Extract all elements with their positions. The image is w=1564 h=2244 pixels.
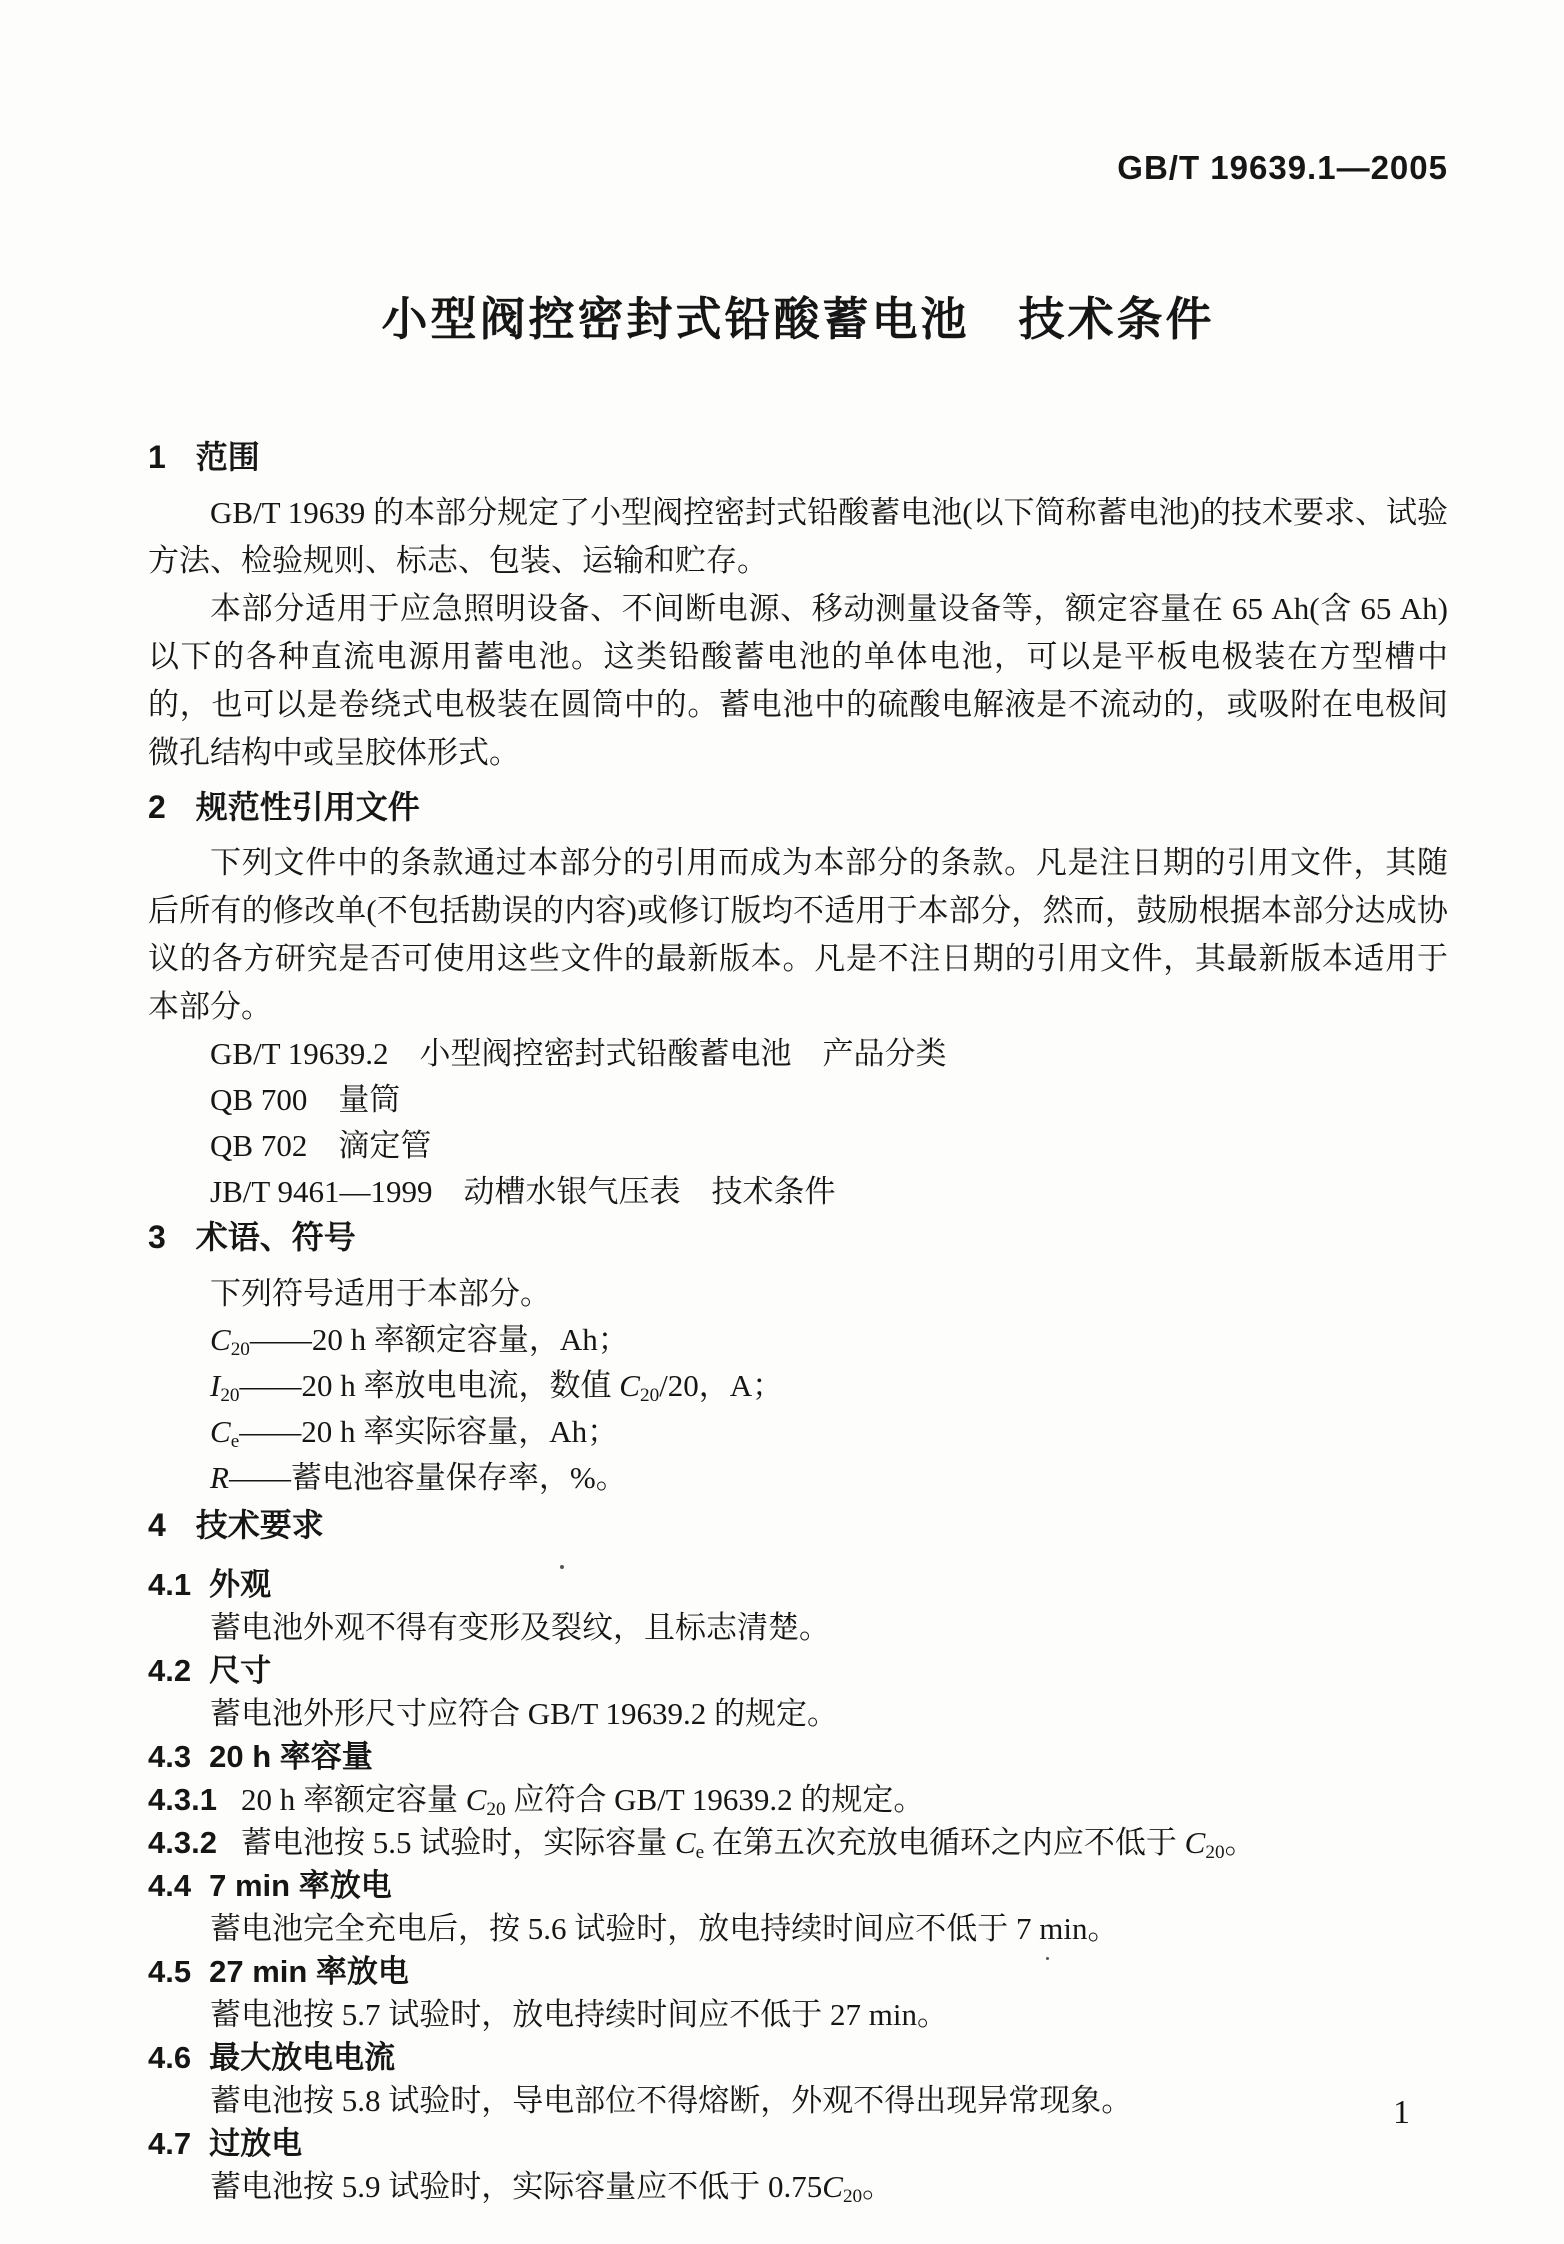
subsection-4-2-heading: 4.2尺寸 (148, 1649, 1448, 1692)
subsection-4-1-text: 蓄电池外观不得有变形及裂纹，且标志清楚。 (148, 1606, 1448, 1649)
section-2-paragraph-1: 下列文件中的条款通过本部分的引用而成为本部分的条款。凡是注日期的引用文件，其随后… (148, 839, 1448, 1031)
subsection-4-5-text: 蓄电池按 5.7 试验时，放电持续时间应不低于 27 min。 (148, 1993, 1448, 2036)
reference-item: QB 700 量筒 (148, 1077, 1448, 1123)
clause-4-3-2: 4.3.2蓄电池按 5.5 试验时，实际容量 Ce 在第五次充放电循环之内应不低… (148, 1821, 1448, 1864)
symbols-intro: 下列符号适用于本部分。 (148, 1271, 1448, 1317)
subsection-4-5-heading: 4.527 min 率放电 (148, 1950, 1448, 1993)
subsection-number: 4.1 (148, 1567, 191, 1602)
subsection-number: 4.6 (148, 2040, 191, 2075)
section-4-items: 4.1外观 蓄电池外观不得有变形及裂纹，且标志清楚。 4.2尺寸 蓄电池外形尺寸… (148, 1563, 1448, 2208)
subsection-4-4-text: 蓄电池完全充电后，按 5.6 试验时，放电持续时间应不低于 7 min。 (148, 1907, 1448, 1950)
subsection-4-3-heading: 4.320 h 率容量 (148, 1735, 1448, 1778)
section-2-heading: 2规范性引用文件 (148, 785, 1448, 829)
section-3-heading: 3术语、符号 (148, 1215, 1448, 1259)
section-number: 2 (148, 789, 166, 825)
reference-item: GB/T 19639.2 小型阀控密封式铅酸蓄电池 产品分类 (148, 1031, 1448, 1077)
reference-item: JB/T 9461—1999 动槽水银气压表 技术条件 (148, 1169, 1448, 1215)
subsection-number: 4.3 (148, 1739, 191, 1774)
scan-speck (1046, 1957, 1049, 1960)
section-title: 规范性引用文件 (196, 789, 420, 825)
subsection-number: 4.7 (148, 2126, 191, 2161)
section-number: 4 (148, 1507, 166, 1543)
subsection-title: 27 min 率放电 (209, 1954, 409, 1989)
document-title: 小型阀控密封式铅酸蓄电池 技术条件 (148, 292, 1448, 347)
section-4-heading: 4技术要求 (148, 1503, 1448, 1547)
section-title: 技术要求 (196, 1507, 324, 1543)
subsection-4-2-text: 蓄电池外形尺寸应符合 GB/T 19639.2 的规定。 (148, 1692, 1448, 1735)
document-page: GB/T 19639.1—2005 小型阀控密封式铅酸蓄电池 技术条件 1范围 … (0, 0, 1564, 2244)
reference-item: QB 702 滴定管 (148, 1123, 1448, 1169)
section-title: 术语、符号 (196, 1219, 356, 1255)
subsection-title: 过放电 (209, 2126, 302, 2161)
section-number: 3 (148, 1219, 166, 1255)
section-title: 范围 (196, 439, 260, 475)
subsection-number: 4.5 (148, 1954, 191, 1989)
clause-text: 20 h 率额定容量 C20 应符合 GB/T 19639.2 的规定。 (241, 1782, 924, 1817)
page-content: GB/T 19639.1—2005 小型阀控密封式铅酸蓄电池 技术条件 1范围 … (148, 0, 1448, 2208)
subsection-4-6-heading: 4.6最大放电电流 (148, 2036, 1448, 2079)
scan-speck (560, 1565, 564, 1569)
section-1-paragraph-2: 本部分适用于应急照明设备、不间断电源、移动测量设备等，额定容量在 65 Ah(含… (148, 585, 1448, 777)
subsection-4-4-heading: 4.47 min 率放电 (148, 1864, 1448, 1907)
symbol-definition: I20——20 h 率放电电流，数值 C20/20，A； (148, 1363, 1448, 1409)
subsection-number: 4.2 (148, 1653, 191, 1688)
clause-4-3-1: 4.3.120 h 率额定容量 C20 应符合 GB/T 19639.2 的规定… (148, 1778, 1448, 1821)
section-1-paragraph-1: GB/T 19639 的本部分规定了小型阀控密封式铅酸蓄电池(以下简称蓄电池)的… (148, 489, 1448, 585)
symbol-definition: R——蓄电池容量保存率，%。 (148, 1455, 1448, 1501)
subsection-title: 20 h 率容量 (209, 1739, 373, 1774)
clause-number: 4.3.2 (148, 1825, 217, 1860)
symbol-definition: Ce——20 h 率实际容量，Ah； (148, 1409, 1448, 1455)
section-number: 1 (148, 439, 166, 475)
subsection-number: 4.4 (148, 1868, 191, 1903)
subsection-title: 最大放电电流 (209, 2040, 395, 2075)
clause-text: 蓄电池按 5.5 试验时，实际容量 Ce 在第五次充放电循环之内应不低于 C20… (241, 1825, 1256, 1860)
subsection-4-7-text: 蓄电池按 5.9 试验时，实际容量应不低于 0.75C20。 (148, 2165, 1448, 2208)
standard-number: GB/T 19639.1—2005 (148, 0, 1448, 188)
subsection-4-6-text: 蓄电池按 5.8 试验时，导电部位不得熔断，外观不得出现异常现象。 (148, 2079, 1448, 2122)
subsection-4-7-heading: 4.7过放电 (148, 2122, 1448, 2165)
subsection-title: 外观 (209, 1567, 271, 1602)
page-number: 1 (1393, 2094, 1410, 2132)
section-1-heading: 1范围 (148, 435, 1448, 479)
symbol-definition: C20——20 h 率额定容量，Ah； (148, 1317, 1448, 1363)
clause-number: 4.3.1 (148, 1782, 217, 1817)
subsection-title: 尺寸 (209, 1653, 271, 1688)
subsection-4-1-heading: 4.1外观 (148, 1563, 1448, 1606)
subsection-title: 7 min 率放电 (209, 1868, 392, 1903)
